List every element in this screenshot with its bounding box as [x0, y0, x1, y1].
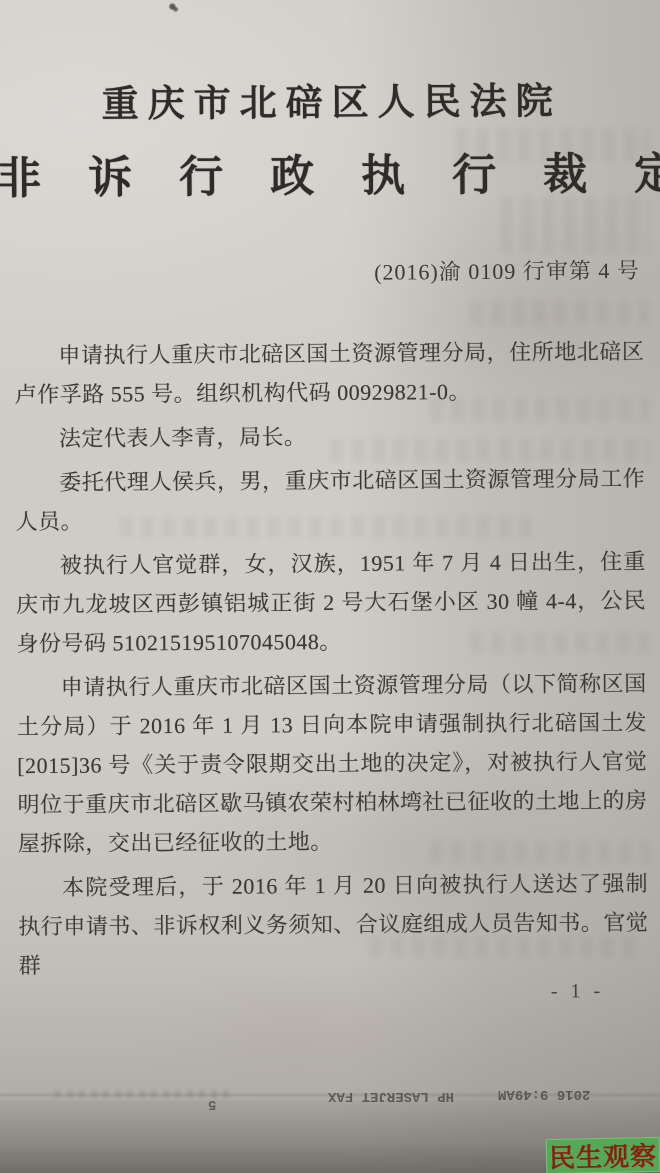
watermark-badge: 民生观察 — [546, 1137, 660, 1173]
paper-crease — [0, 1094, 660, 1096]
document-title: 非 诉 行 政 执 行 裁 定 书 — [0, 138, 657, 207]
court-ruling-document: 重庆市北碚区人民法院 非 诉 行 政 执 行 裁 定 书 (2016)渝 010… — [0, 0, 660, 1173]
case-number: (2016)渝 0109 行审第 4 号 — [374, 254, 640, 287]
paragraph-respondent: 被执行人官觉群，女，汉族，1951 年 7 月 4 日出生，住重庆市九龙坡区西彭… — [16, 542, 647, 663]
document-body: 申请执行人重庆市北碚区国土资源管理分局，住所地北碚区卢作孚路 555 号。组织机… — [14, 332, 649, 990]
paragraph-legal-representative: 法定代表人李青，局长。 — [15, 415, 645, 458]
fax-printer-label: HP LASERJET FAX — [328, 1088, 454, 1104]
paragraph-agent: 委托代理人侯兵，男，重庆市北碚区国土资源管理分局工作人员。 — [15, 459, 646, 541]
page-number: - 1 - — [551, 980, 604, 1003]
court-name: 重庆市北碚区人民法院 — [6, 70, 656, 129]
paragraph-applicant: 申请执行人重庆市北碚区国土资源管理分局，住所地北碚区卢作孚路 555 号。组织机… — [14, 332, 645, 414]
fax-page-number: 5 — [208, 1096, 216, 1112]
paragraph-application: 申请执行人重庆市北碚区国土资源管理分局（以下简称区国土分局）于 2016 年 1… — [17, 664, 648, 863]
watermark-text: 民生观察 — [549, 1136, 658, 1173]
paragraph-acceptance: 本院受理后，于 2016 年 1 月 20 日向被执行人送达了强制执行申请书、非… — [18, 864, 649, 985]
document-photo: 重庆市北碚区人民法院 非 诉 行 政 执 行 裁 定 书 (2016)渝 010… — [0, 0, 660, 1173]
